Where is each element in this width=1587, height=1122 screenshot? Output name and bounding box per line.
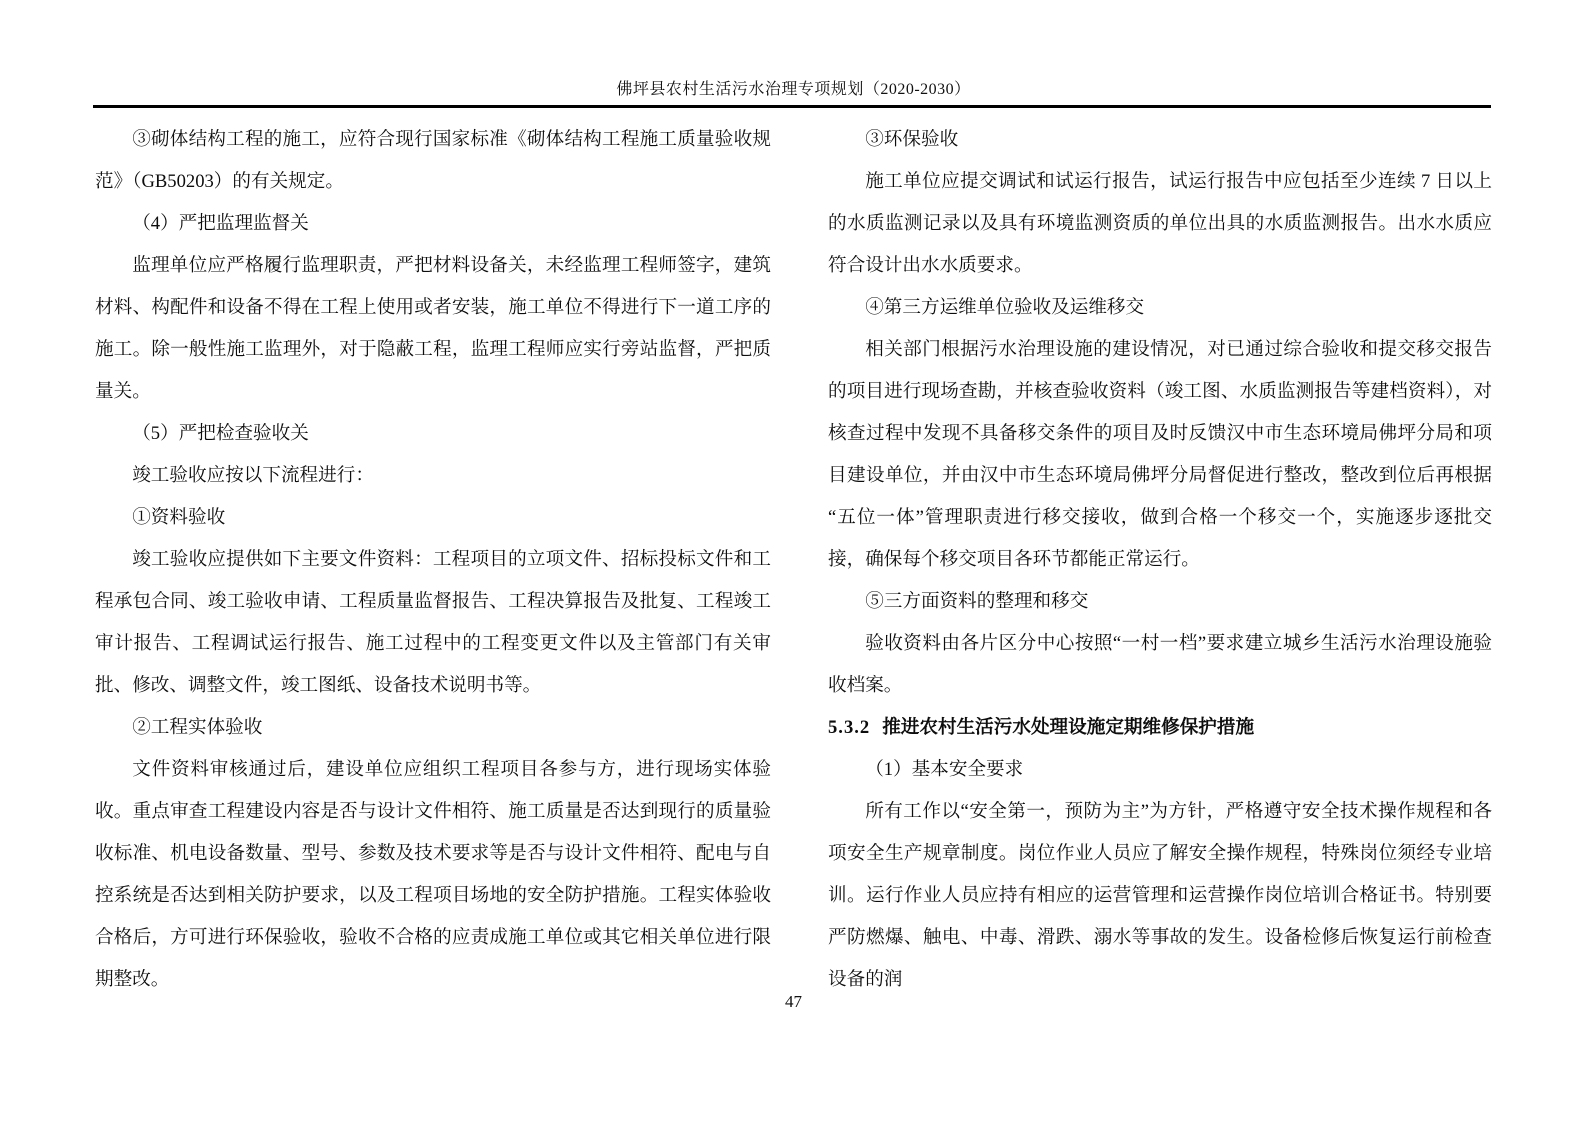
page-header-title: 佛坪县农村生活污水治理专项规划（2020-2030） [0, 76, 1587, 99]
column-right: ③环保验收 施工单位应提交调试和试运行报告，试运行报告中应包括至少连续 7 日以… [828, 119, 1492, 1014]
paragraph: （5）严把检查验收关 [95, 413, 771, 455]
paragraph: ②工程实体验收 [95, 707, 771, 749]
paragraph: ①资料验收 [95, 497, 771, 539]
section-title: 推进农村生活污水处理设施定期维修保护措施 [882, 717, 1254, 738]
header-divider [93, 105, 1491, 108]
paragraph: ③砌体结构工程的施工，应符合现行国家标准《砌体结构工程施工质量验收规范》（GB5… [95, 119, 771, 203]
paragraph: ⑤三方面资料的整理和移交 [828, 581, 1492, 623]
paragraph: 验收资料由各片区分中心按照“一村一档”要求建立城乡生活污水治理设施验收档案。 [828, 623, 1492, 707]
paragraph: 所有工作以“安全第一，预防为主”为方针，严格遵守安全技术操作规程和各项安全生产规… [828, 791, 1492, 1001]
section-number: 5.3.2 [828, 717, 870, 738]
paragraph: （1）基本安全要求 [828, 749, 1492, 791]
paragraph: ③环保验收 [828, 119, 1492, 161]
paragraph: 竣工验收应提供如下主要文件资料：工程项目的立项文件、招标投标文件和工程承包合同、… [95, 539, 771, 707]
page-number: 47 [0, 992, 1587, 1012]
paragraph: 施工单位应提交调试和试运行报告，试运行报告中应包括至少连续 7 日以上的水质监测… [828, 161, 1492, 287]
paragraph: （4）严把监理监督关 [95, 203, 771, 245]
paragraph: 竣工验收应按以下流程进行： [95, 455, 771, 497]
section-heading: 5.3.2推进农村生活污水处理设施定期维修保护措施 [828, 707, 1492, 749]
document-page: 佛坪县农村生活污水治理专项规划（2020-2030） ③砌体结构工程的施工，应符… [0, 0, 1587, 1122]
column-left: ③砌体结构工程的施工，应符合现行国家标准《砌体结构工程施工质量验收规范》（GB5… [95, 119, 771, 1014]
paragraph: 监理单位应严格履行监理职责，严把材料设备关，未经监理工程师签字，建筑材料、构配件… [95, 245, 771, 413]
paragraph: 相关部门根据污水治理设施的建设情况，对已通过综合验收和提交移交报告的项目进行现场… [828, 329, 1492, 581]
paragraph: 文件资料审核通过后，建设单位应组织工程项目各参与方，进行现场实体验收。重点审查工… [95, 749, 771, 1001]
paragraph: ④第三方运维单位验收及运维移交 [828, 287, 1492, 329]
